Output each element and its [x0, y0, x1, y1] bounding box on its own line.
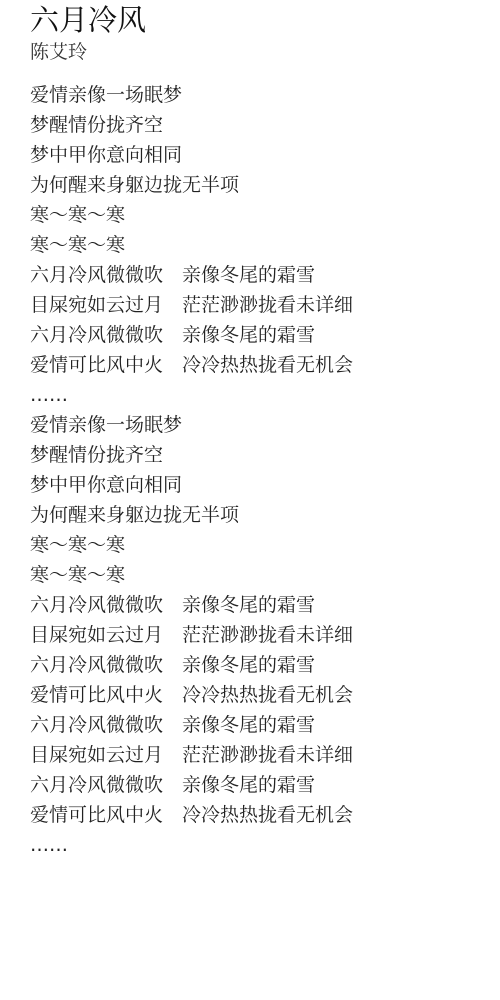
lyric-ellipsis: …… [30, 380, 353, 410]
lyric-line: 寒～寒～寒 [30, 200, 353, 230]
lyric-line: 寒～寒～寒 [30, 560, 353, 590]
lyric-ellipsis: …… [30, 830, 353, 860]
lyric-line: 爱情亲像一场眠梦 [30, 410, 353, 440]
lyric-line: 梦醒情份拢齐空 [30, 440, 353, 470]
song-title: 六月冷风 [30, 2, 146, 38]
artist-name: 陈艾玲 [30, 39, 87, 65]
lyric-line: 目屎宛如云过月 茫茫渺渺拢看未详细 [30, 740, 353, 770]
lyric-line: 爱情可比风中火 冷冷热热拢看无机会 [30, 350, 353, 380]
lyric-line: 目屎宛如云过月 茫茫渺渺拢看未详细 [30, 620, 353, 650]
lyric-line: 梦中甲你意向相同 [30, 470, 353, 500]
lyric-line: 寒～寒～寒 [30, 230, 353, 260]
lyric-line: 为何醒来身躯边拢无半项 [30, 500, 353, 530]
lyric-line: 目屎宛如云过月 茫茫渺渺拢看未详细 [30, 290, 353, 320]
lyric-line: 梦中甲你意向相同 [30, 140, 353, 170]
lyric-line: 爱情亲像一场眠梦 [30, 80, 353, 110]
lyric-line: 六月冷风微微吹 亲像冬尾的霜雪 [30, 320, 353, 350]
lyric-line: 六月冷风微微吹 亲像冬尾的霜雪 [30, 260, 353, 290]
lyric-line: 爱情可比风中火 冷冷热热拢看无机会 [30, 680, 353, 710]
lyric-line: 为何醒来身躯边拢无半项 [30, 170, 353, 200]
lyric-line: 寒～寒～寒 [30, 530, 353, 560]
lyric-line: 六月冷风微微吹 亲像冬尾的霜雪 [30, 770, 353, 800]
lyric-line: 六月冷风微微吹 亲像冬尾的霜雪 [30, 710, 353, 740]
lyric-line: 爱情可比风中火 冷冷热热拢看无机会 [30, 800, 353, 830]
lyric-line: 六月冷风微微吹 亲像冬尾的霜雪 [30, 590, 353, 620]
lyric-line: 梦醒情份拢齐空 [30, 110, 353, 140]
lyric-line: 六月冷风微微吹 亲像冬尾的霜雪 [30, 650, 353, 680]
lyrics-list: 爱情亲像一场眠梦 梦醒情份拢齐空 梦中甲你意向相同 为何醒来身躯边拢无半项 寒～… [30, 80, 353, 860]
